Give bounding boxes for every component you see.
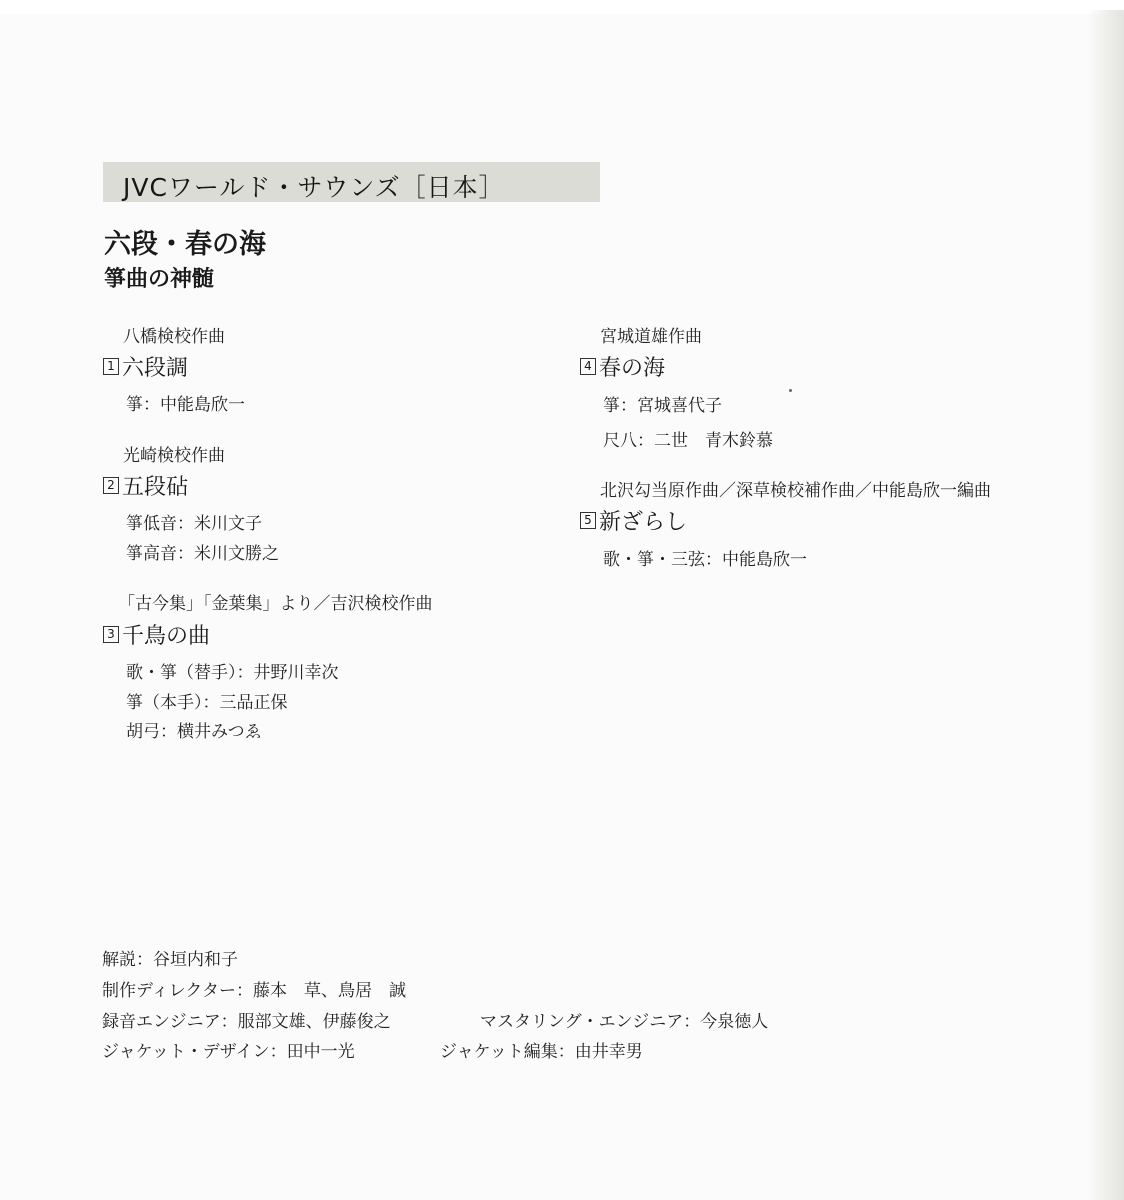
track-title: 新ざらし	[599, 505, 687, 536]
track-2: 2 五段砧	[103, 470, 188, 501]
track-3-composer: 「古今集」「金葉集」より／吉沢検校作曲	[118, 589, 433, 614]
track-1-credit-1: 箏：中能島欣一	[126, 390, 245, 415]
footer-mastering-engineer: マスタリング・エンジニア：今泉徳人	[480, 1007, 768, 1032]
album-title: 六段・春の海	[104, 222, 266, 261]
track-3-credit-2: 箏（本手）：三品正保	[126, 688, 288, 713]
track-title: 五段砧	[122, 470, 188, 501]
track-1-composer: 八橋検校作曲	[123, 322, 225, 347]
footer-director: 制作ディレクター：藤本 草、鳥居 誠	[102, 976, 406, 1001]
track-number-box: 1	[103, 358, 119, 375]
track-3: 3 千鳥の曲	[103, 619, 210, 650]
track-number-box: 3	[103, 626, 119, 643]
track-5-credit-1: 歌・箏・三弦：中能島欣一	[603, 545, 807, 570]
album-subtitle: 箏曲の神髄	[104, 262, 214, 293]
track-number-box: 2	[103, 477, 119, 494]
track-4-credit-2: 尺八：二世 青木鈴慕	[603, 426, 773, 451]
track-4: 4 春の海	[580, 351, 665, 382]
paper-top-edge	[0, 0, 1124, 14]
track-title: 春の海	[599, 351, 665, 382]
series-banner: JVCワールド・サウンズ［日本］	[103, 162, 600, 202]
track-1: 1 六段調	[103, 351, 188, 382]
footer-jacket-editor: ジャケット編集：由井幸男	[440, 1037, 643, 1062]
series-title: JVCワールド・サウンズ［日本］	[123, 168, 505, 204]
track-5-composer: 北沢勾当原作曲／深草検校補作曲／中能島欣一編曲	[600, 476, 991, 501]
paper-right-shadow	[1088, 10, 1124, 1200]
track-3-credit-3: 胡弓：横井みつゑ	[126, 717, 262, 742]
footer-jacket-design: ジャケット・デザイン：田中一光	[102, 1037, 355, 1062]
track-5: 5 新ざらし	[580, 505, 687, 536]
footer-recording-engineer: 録音エンジニア：服部文雄、伊藤俊之	[102, 1007, 391, 1032]
track-title: 六段調	[122, 351, 188, 382]
track-number-box: 5	[580, 512, 596, 529]
track-number-box: 4	[580, 358, 596, 375]
track-2-credit-2: 箏高音：米川文勝之	[126, 539, 279, 564]
track-3-credit-1: 歌・箏（替手）：井野川幸次	[126, 658, 339, 683]
track-4-credit-1: 箏：宮城喜代子	[603, 391, 722, 416]
track-2-credit-1: 箏低音：米川文子	[126, 509, 262, 534]
track-2-composer: 光崎検校作曲	[123, 441, 225, 466]
track-4-composer: 宮城道雄作曲	[600, 322, 702, 347]
track-title: 千鳥の曲	[122, 619, 210, 650]
paper-speck	[789, 389, 792, 392]
footer-commentary: 解説：谷垣内和子	[102, 945, 238, 970]
